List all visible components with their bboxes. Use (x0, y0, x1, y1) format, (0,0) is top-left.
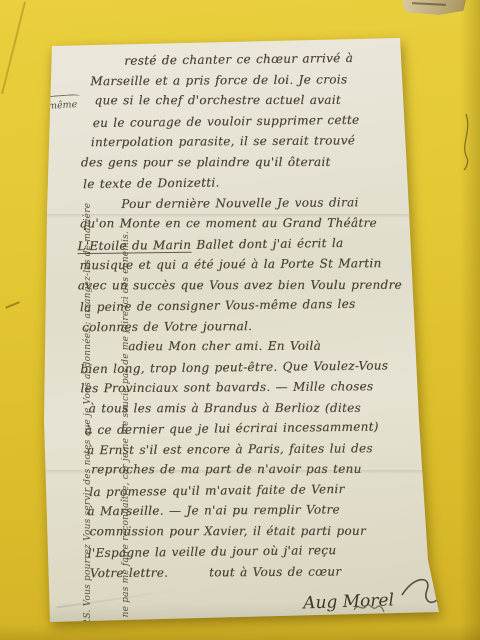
letter-line: Pour dernière Nouvelle Je vous dirai (121, 191, 423, 214)
letter-paper: même resté de chanter ce chœur arrivé àM… (0, 0, 480, 640)
margin-note: P.S. Vous pourrez Vous servir des notes … (57, 228, 157, 626)
letter-line: resté de chanter ce chœur arrivé à (124, 47, 422, 71)
letter-line: des gens pour se plaindre qu'il ôterait (81, 151, 423, 172)
margin-insertion: même (48, 99, 78, 112)
folder-edge-shadow (460, 0, 480, 640)
letter-line: adieu Mon cher ami. En Voilà (128, 336, 424, 357)
margin-insertion-word: même (48, 99, 78, 112)
letter-text: Ballet dont j'ai écrit la (191, 235, 343, 251)
letter-text: que si le chef d'orchestre actuel avait (94, 93, 340, 107)
letter-line: le texte de Donizetti. (83, 170, 423, 195)
letter-text: des gens pour se plaindre qu'il ôterait (81, 154, 331, 168)
letter-text: le texte de Donizetti. (83, 175, 220, 191)
letter-text: adieu Mon cher ami. En Voilà (128, 339, 321, 353)
letter-text: Pour dernière Nouvelle Je vous dirai (121, 195, 358, 211)
photo-scene: même resté de chanter ce chœur arrivé àM… (0, 0, 480, 640)
letter-text: Marseille et a pris force de loi. Je cro… (90, 72, 347, 88)
signature-paraph (352, 600, 386, 616)
signature-flourish (398, 571, 449, 615)
letter-text: eu le courage de vouloir supprimer cette (93, 112, 360, 129)
margin-note-line: P.S. Vous pourrez Vous servir des notes … (82, 228, 95, 626)
letter-text: resté de chanter ce chœur arrivé à (124, 51, 353, 68)
paper-sheet: même resté de chanter ce chœur arrivé àM… (0, 0, 480, 640)
letter-text: interpolation parasite, il se serait tro… (91, 133, 355, 149)
folder-bottom-shadow (0, 624, 480, 640)
letter-line: que si le chef d'orchestre actuel avait (94, 90, 422, 111)
letter-line: Marseille et a pris force de loi. Je cro… (90, 68, 422, 91)
margin-note-line: à ne pas me faire reconnaître, car je ne… (120, 228, 133, 626)
letter-line: interpolation parasite, il se serait tro… (91, 130, 423, 153)
letter-line: eu le courage de vouloir supprimer cette (93, 108, 423, 133)
